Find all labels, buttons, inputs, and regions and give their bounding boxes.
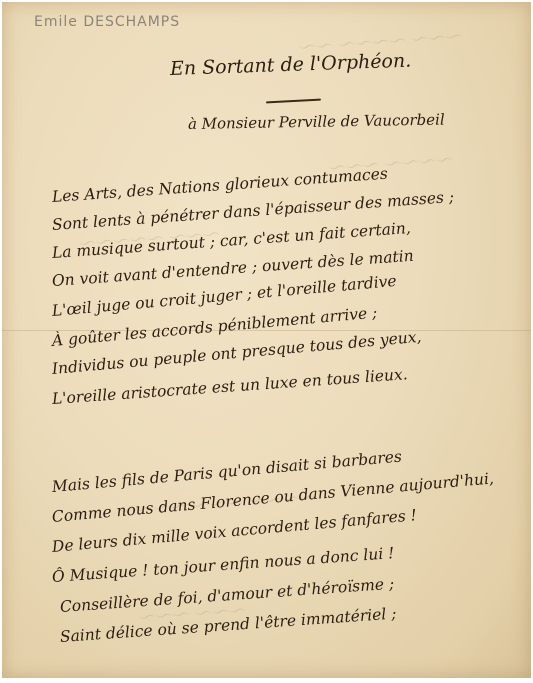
pencil-author-annotation: Emile DESCHAMPS [34,14,180,30]
